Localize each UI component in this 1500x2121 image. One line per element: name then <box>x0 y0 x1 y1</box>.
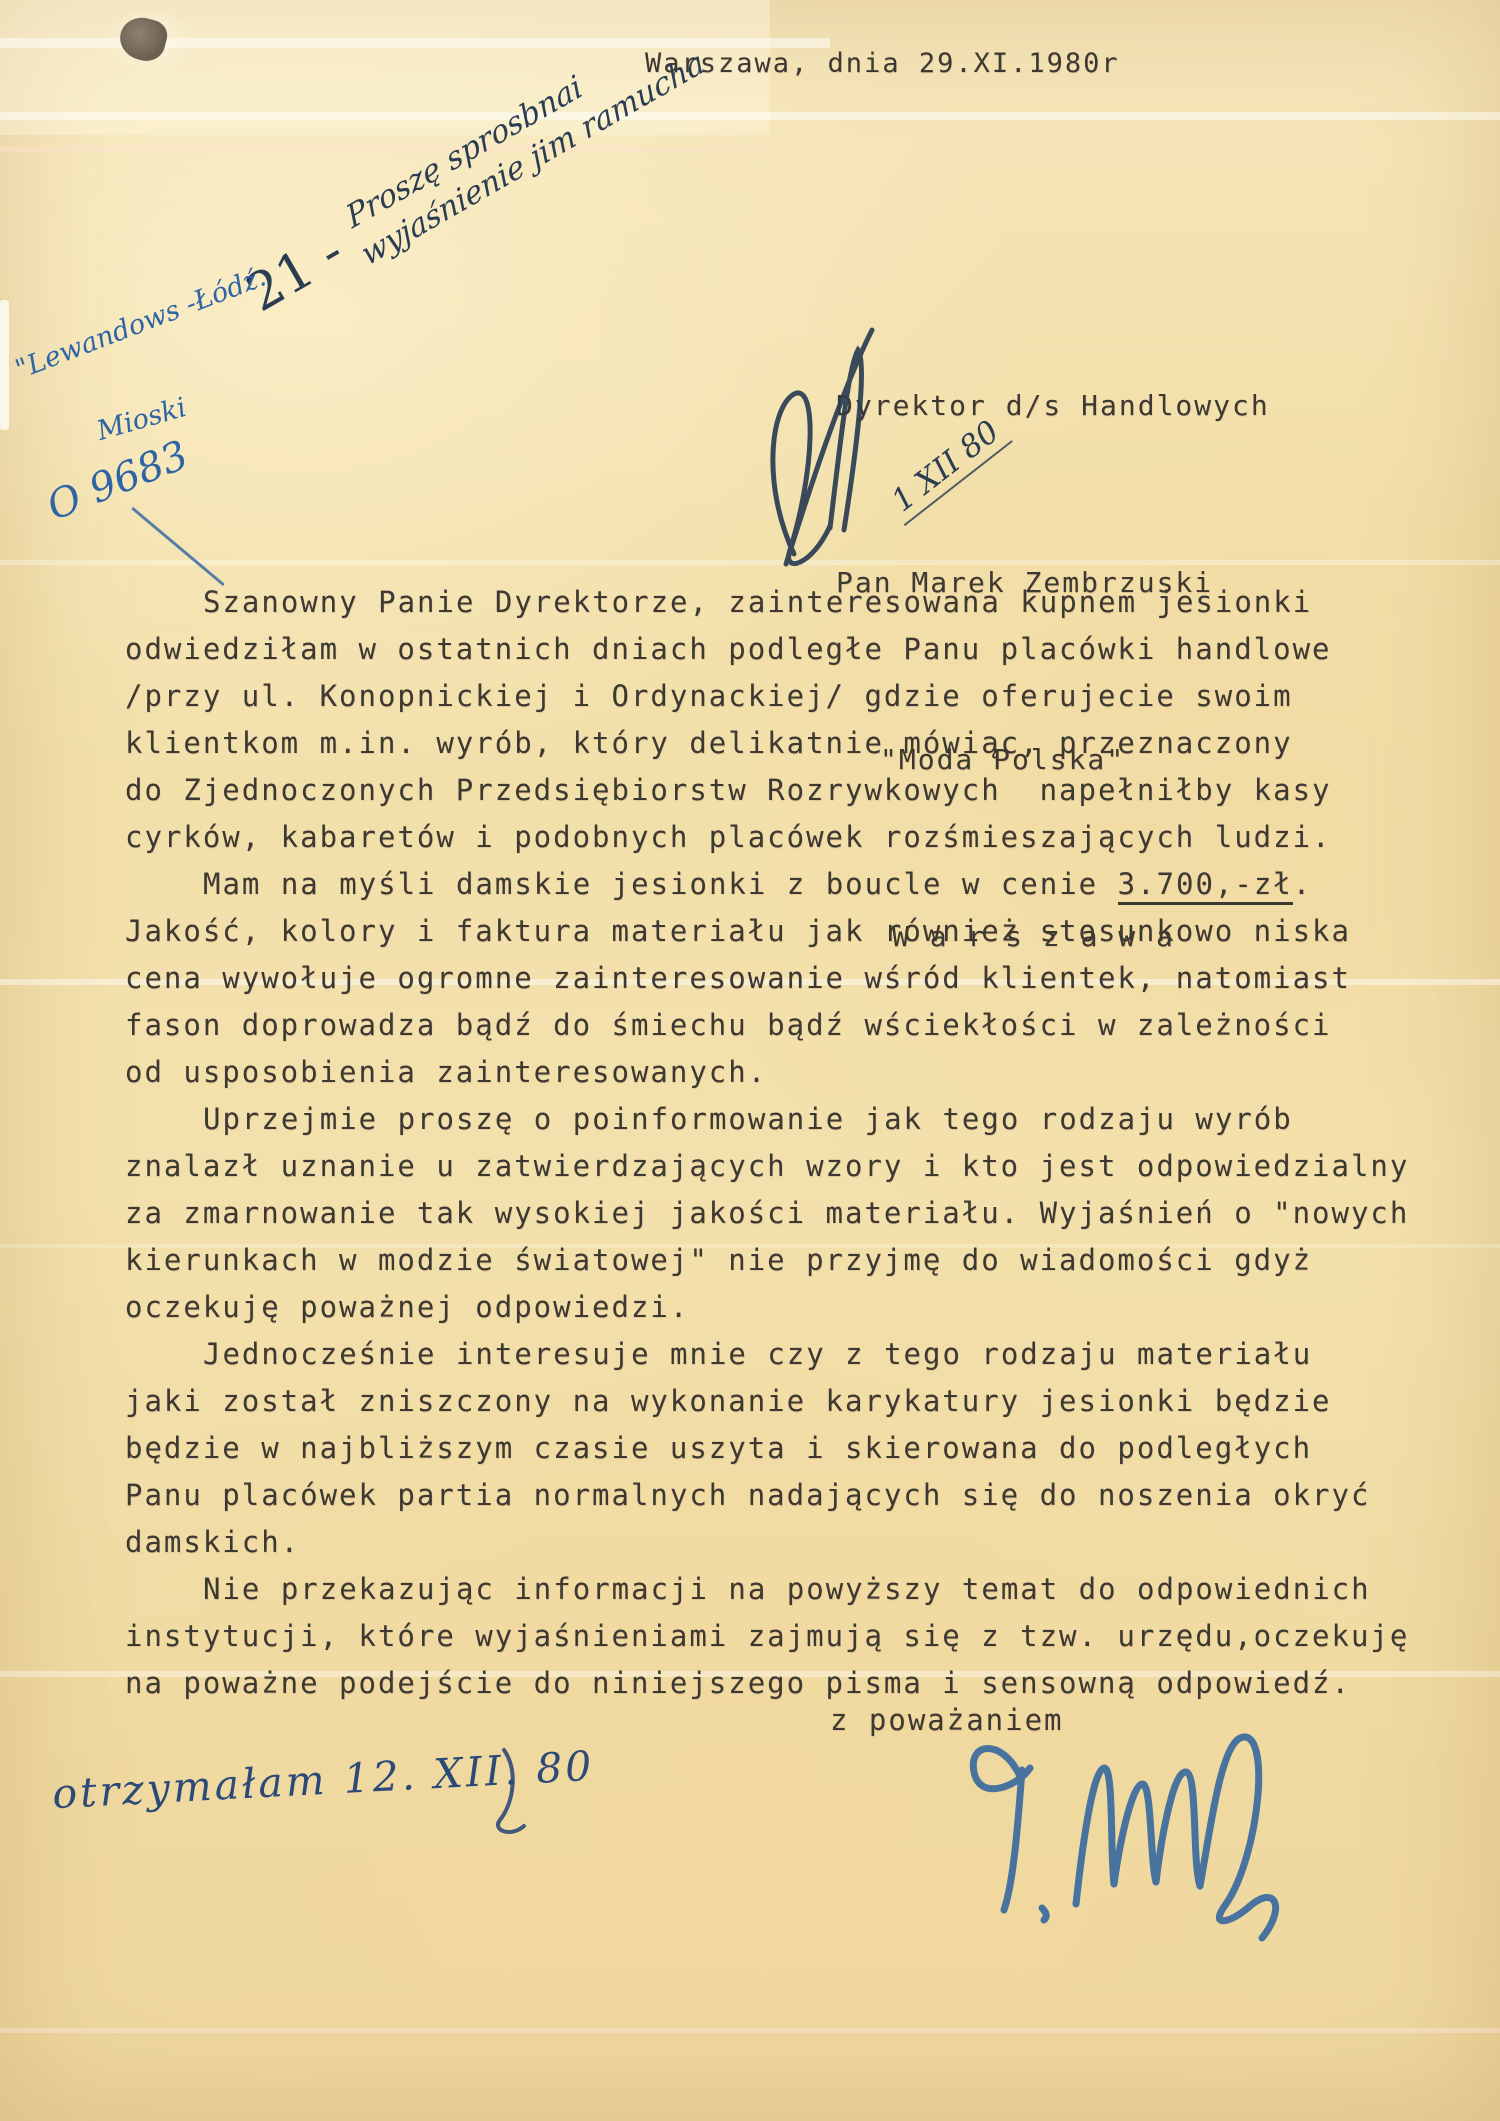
signature-scribble <box>924 1712 1364 1962</box>
handwritten-received-note: otrzymałam 12. XII. 80 <box>51 1742 595 1818</box>
body-line: na poważne podejście do niniejszego pism… <box>125 1666 1455 1713</box>
body-line: do Zjednoczonych Przedsiębiorstw Rozrywk… <box>125 773 1455 820</box>
body-line: Jednocześnie interesuje mnie czy z tego … <box>125 1337 1455 1384</box>
body-line: za zmarnowanie tak wysokiej jakości mate… <box>125 1196 1455 1243</box>
body-line: /przy ul. Konopnickiej i Ordynackiej/ gd… <box>125 679 1455 726</box>
closing-phrase: z poważaniem <box>830 1703 1064 1737</box>
body-line: fason doprowadza bądź do śmiechu bądź wś… <box>125 1008 1455 1055</box>
body-line: cyrków, kabaretów i podobnych placówek r… <box>125 820 1455 867</box>
price-line-post: . <box>1293 867 1312 901</box>
body-line: Nie przekazując informacji na powyższy t… <box>125 1572 1455 1619</box>
scan-edge-sliver <box>0 300 9 430</box>
body-line: od usposobienia zainteresowanych. <box>125 1055 1455 1102</box>
body-line: klientkom m.in. wyrób, który delikatnie … <box>125 726 1455 773</box>
body-line: znalazł uznanie u zatwierdzających wzory… <box>125 1149 1455 1196</box>
body-line: instytucji, które wyjaśnieniami zajmują … <box>125 1619 1455 1666</box>
body-line: oczekuję poważnej odpowiedzi. <box>125 1290 1455 1337</box>
body-line: Szanowny Panie Dyrektorze, zainteresowan… <box>125 585 1455 632</box>
letter-body: Szanowny Panie Dyrektorze, zainteresowan… <box>125 585 1455 1713</box>
scan-streak <box>0 146 770 152</box>
price-underlined: 3.700,-zł <box>1118 867 1293 905</box>
margin-note-name: "Lewandows -Łódź. <box>11 261 270 385</box>
body-line: Uprzejmie proszę o poinformowanie jak te… <box>125 1102 1455 1149</box>
body-line: jaki został zniszczony na wykonanie kary… <box>125 1384 1455 1431</box>
scan-streak <box>0 2028 1500 2033</box>
body-line-price: Mam na myśli damskie jesionki z boucle w… <box>125 867 1455 914</box>
scan-streak <box>0 560 1500 565</box>
body-line: Panu placówek partia normalnych nadający… <box>125 1478 1455 1525</box>
body-line: Jakość, kolory i faktura materiału jak r… <box>125 914 1455 961</box>
body-line: odwiedziłam w ostatnich dniach podległe … <box>125 632 1455 679</box>
body-line: cena wywołuje ogromne zainteresowanie wś… <box>125 961 1455 1008</box>
body-line: kierunkach w modzie światowej" nie przyj… <box>125 1243 1455 1290</box>
dateline: Warszawa, dnia 29.XI.1980r <box>645 48 1120 79</box>
margin-note-number: O 9683 <box>41 432 195 530</box>
body-line: będzie w najbliższym czasie uszyta i ski… <box>125 1431 1455 1478</box>
margin-note-flourish <box>131 507 225 586</box>
body-line: damskich. <box>125 1525 1455 1572</box>
recipient-title: Dyrektor d/s Handlowych <box>836 376 1270 435</box>
price-line-pre: Mam na myśli damskie jesionki z boucle w… <box>203 867 1118 901</box>
scanned-letter-page: Warszawa, dnia 29.XI.1980r 21 - Proszę s… <box>0 0 1500 2121</box>
